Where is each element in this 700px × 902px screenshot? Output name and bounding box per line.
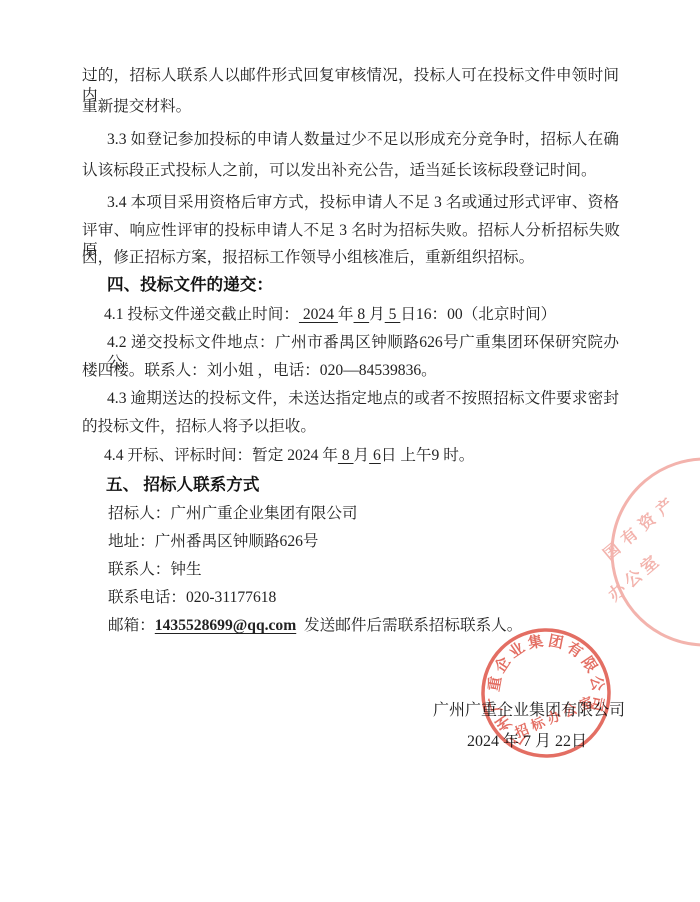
- para-3-3-line2: 认该标段正式投标人之前，可以发出补充公告，适当延长该标段登记时间。: [82, 161, 597, 181]
- seal-partial-text-line1: 国有资产: [599, 490, 682, 564]
- seal-ring-char: 有: [564, 638, 586, 661]
- signature-company: 广州广重企业集团有限公司: [433, 701, 625, 721]
- document-page: 过的，招标人联系人以邮件形式回复审核情况，投标人可在投标文件申领时间内重新提交材…: [0, 0, 700, 902]
- contact-address: 地址：广州番禺区钟顺路626号: [108, 532, 319, 552]
- para-4-1: 4.1 投标文件递交截止时间： 2024 年 8 月 5 日16：00（北京时间…: [104, 305, 556, 325]
- seal-ring-char: 公: [587, 674, 607, 693]
- signature-date: 2024 年 7 月 22日: [467, 732, 587, 752]
- para-4-2-line2: 楼四楼。联系人：刘小姐 ，电话：020—84539836。: [82, 361, 437, 381]
- section-heading-4: 四、投标文件的递交：: [107, 275, 273, 295]
- section-heading-5: 五、 招标人联系方式: [106, 475, 260, 495]
- seal-ring-char: 企: [491, 654, 514, 676]
- para-4-3-line2: 的投标文件，招标人将予以拒收。: [82, 417, 316, 437]
- contact-phone: 联系电话：020-31177618: [108, 588, 276, 608]
- para-3-2-cont-line2: 重新提交材料。: [82, 97, 191, 117]
- seal-ring-char: 业: [506, 639, 528, 662]
- seal-ring-char: 团: [547, 632, 565, 653]
- para-4-4: 4.4 开标、评标时间：暂定 2024 年 8 月 6日 上午9 时。: [104, 446, 474, 466]
- contact-tenderer: 招标人：广州广重企业集团有限公司: [108, 504, 358, 524]
- official-seal-partial: 国有资产办公室: [567, 421, 700, 689]
- para-3-4-line3: 因，修正招标方案，报招标工作领导小组核准后，重新组织招标。: [82, 248, 534, 268]
- seal-ring-char: 集: [526, 632, 544, 653]
- contact-email: 邮箱：1435528699@qq.com 发送邮件后需联系招标联系人。: [108, 616, 522, 636]
- para-4-3-line1: 4.3 逾期送达的投标文件，未送达指定地点的或者不按照招标文件要求密封: [107, 389, 619, 409]
- para-3-3-line1: 3.3 如登记参加投标的申请人数量过少不足以形成充分竞争时，招标人在确: [107, 130, 619, 150]
- para-3-4-line1: 3.4 本项目采用资格后审方式，投标申请人不足 3 名或通过形式评审、资格: [107, 193, 619, 213]
- contact-person: 联系人：钟生: [108, 560, 202, 580]
- seal-ring-char: 限: [578, 653, 601, 675]
- seal-ring-char: 重: [485, 675, 505, 693]
- seal-partial-text-line2: 办公室: [604, 549, 665, 605]
